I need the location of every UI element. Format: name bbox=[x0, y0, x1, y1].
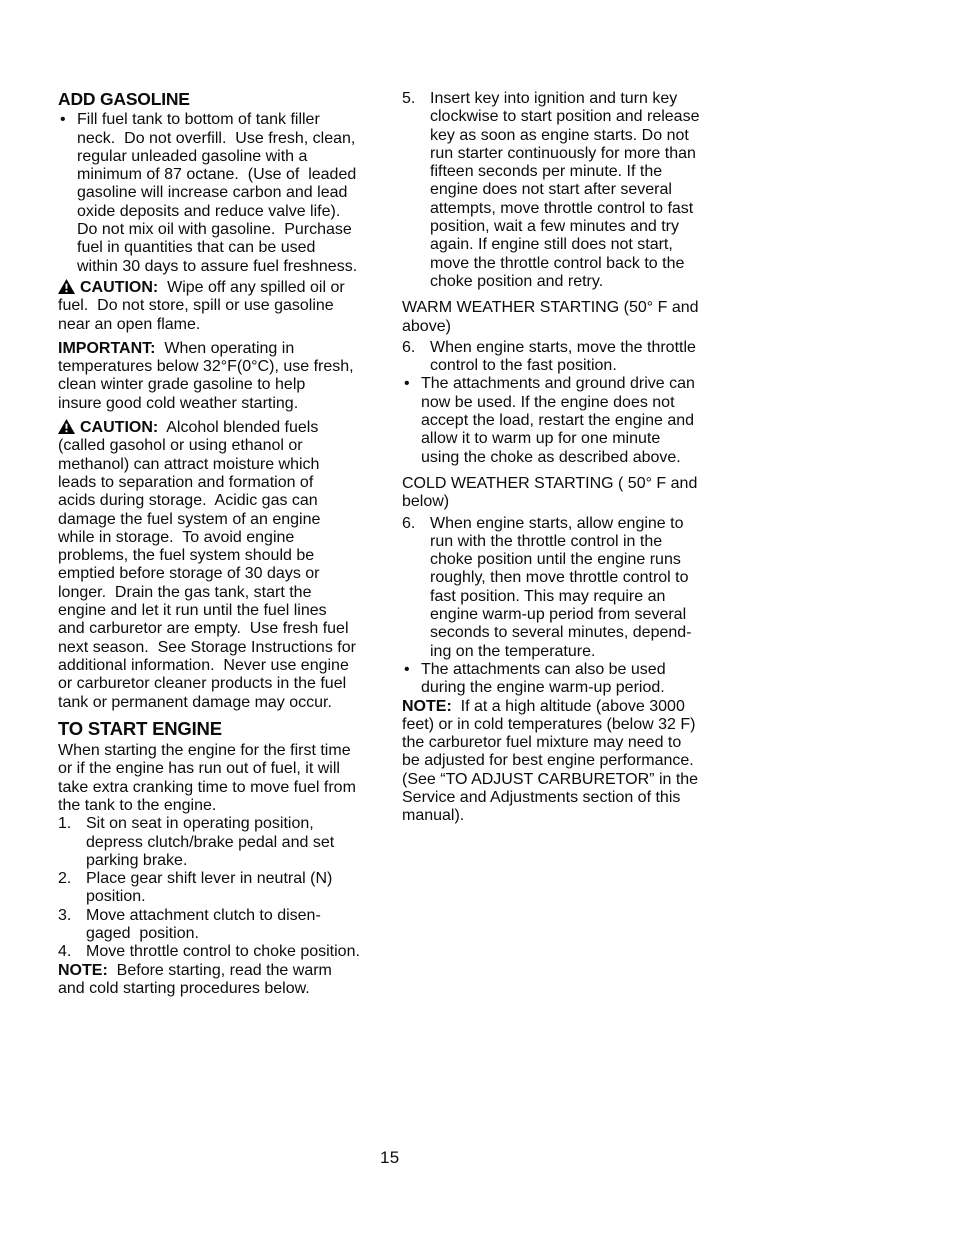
caution-label: CAUTION: bbox=[80, 279, 158, 296]
step-text: Insert key into ignition and turn key cl… bbox=[430, 90, 760, 291]
note-block-right: NOTE: If at a high altitude (above 3000 … bbox=[402, 698, 760, 826]
step-item-3: 3. Move attachment clutch to disen- gage… bbox=[58, 907, 408, 944]
caution-text: Alcohol blended fuels (called gasohol or… bbox=[58, 419, 356, 710]
warning-triangle-icon bbox=[58, 419, 75, 434]
step-number: 6. bbox=[402, 515, 430, 533]
step-text: Move attachment clutch to disen- gaged p… bbox=[86, 907, 408, 944]
step-text: When engine starts, move the throttle co… bbox=[430, 339, 760, 376]
step-text: When engine starts, allow engine to run … bbox=[430, 515, 760, 661]
bullet-text: Fill fuel tank to bottom of tank filler … bbox=[77, 111, 408, 276]
important-block: IMPORTANT: When operating in temperature… bbox=[58, 340, 408, 413]
bullet-text: The attachments can also be used during … bbox=[421, 661, 760, 698]
bullet-text: The attachments and ground drive can now… bbox=[421, 375, 760, 466]
step-item-6-warm: 6. When engine starts, move the throttle… bbox=[402, 339, 760, 376]
left-column: ADD GASOLINE • Fill fuel tank to bottom … bbox=[58, 90, 408, 998]
manual-page: { "page": { "number": "15" }, "glyphs": … bbox=[0, 0, 954, 1239]
bullet-marker: • bbox=[402, 375, 421, 393]
section-heading-add-gasoline: ADD GASOLINE bbox=[58, 90, 408, 108]
subheading-cold-weather-starting: COLD WEATHER STARTING ( 50° F and below) bbox=[402, 475, 760, 512]
step-number: 6. bbox=[402, 339, 430, 357]
important-label: IMPORTANT: bbox=[58, 340, 155, 357]
section-heading-to-start-engine: TO START ENGINE bbox=[58, 720, 408, 738]
note-label: NOTE: bbox=[58, 962, 108, 979]
step-text: Sit on seat in operating position, depre… bbox=[86, 815, 408, 870]
note-text: If at a high altitude (above 3000 feet) … bbox=[402, 698, 698, 825]
intro-paragraph: When starting the engine for the first t… bbox=[58, 742, 408, 815]
step-number: 1. bbox=[58, 815, 86, 833]
bullet-item-attachments-warmup: • The attachments can also be used durin… bbox=[402, 661, 760, 698]
right-column: 5. Insert key into ignition and turn key… bbox=[402, 90, 760, 826]
caution-label: CAUTION: bbox=[80, 419, 158, 436]
step-item-6-cold: 6. When engine starts, allow engine to r… bbox=[402, 515, 760, 661]
note-label: NOTE: bbox=[402, 698, 452, 715]
note-block-left: NOTE: Before starting, read the warm and… bbox=[58, 962, 408, 999]
step-text: Move throttle control to choke position. bbox=[86, 943, 408, 961]
step-item-4: 4. Move throttle control to choke positi… bbox=[58, 943, 408, 961]
caution-block-alcohol-fuels: CAUTION: Alcohol blended fuels (called g… bbox=[58, 419, 408, 712]
caution-block-spilled-fuel: CAUTION: Wipe off any spilled oil or fue… bbox=[58, 279, 408, 334]
step-number: 4. bbox=[58, 943, 86, 961]
step-number: 2. bbox=[58, 870, 86, 888]
page-number: 15 bbox=[380, 1148, 400, 1168]
bullet-item-attachments-ground-drive: • The attachments and ground drive can n… bbox=[402, 375, 760, 466]
bullet-marker: • bbox=[402, 661, 421, 679]
step-number: 5. bbox=[402, 90, 430, 108]
bullet-marker: • bbox=[58, 111, 77, 129]
step-text: Place gear shift lever in neutral (N) po… bbox=[86, 870, 408, 907]
subheading-warm-weather-starting: WARM WEATHER STARTING (50° F and above) bbox=[402, 299, 760, 336]
step-item-1: 1. Sit on seat in operating position, de… bbox=[58, 815, 408, 870]
warning-triangle-icon bbox=[58, 279, 75, 294]
bullet-item-fill-fuel: • Fill fuel tank to bottom of tank fille… bbox=[58, 111, 408, 276]
step-item-5: 5. Insert key into ignition and turn key… bbox=[402, 90, 760, 291]
step-number: 3. bbox=[58, 907, 86, 925]
step-item-2: 2. Place gear shift lever in neutral (N)… bbox=[58, 870, 408, 907]
